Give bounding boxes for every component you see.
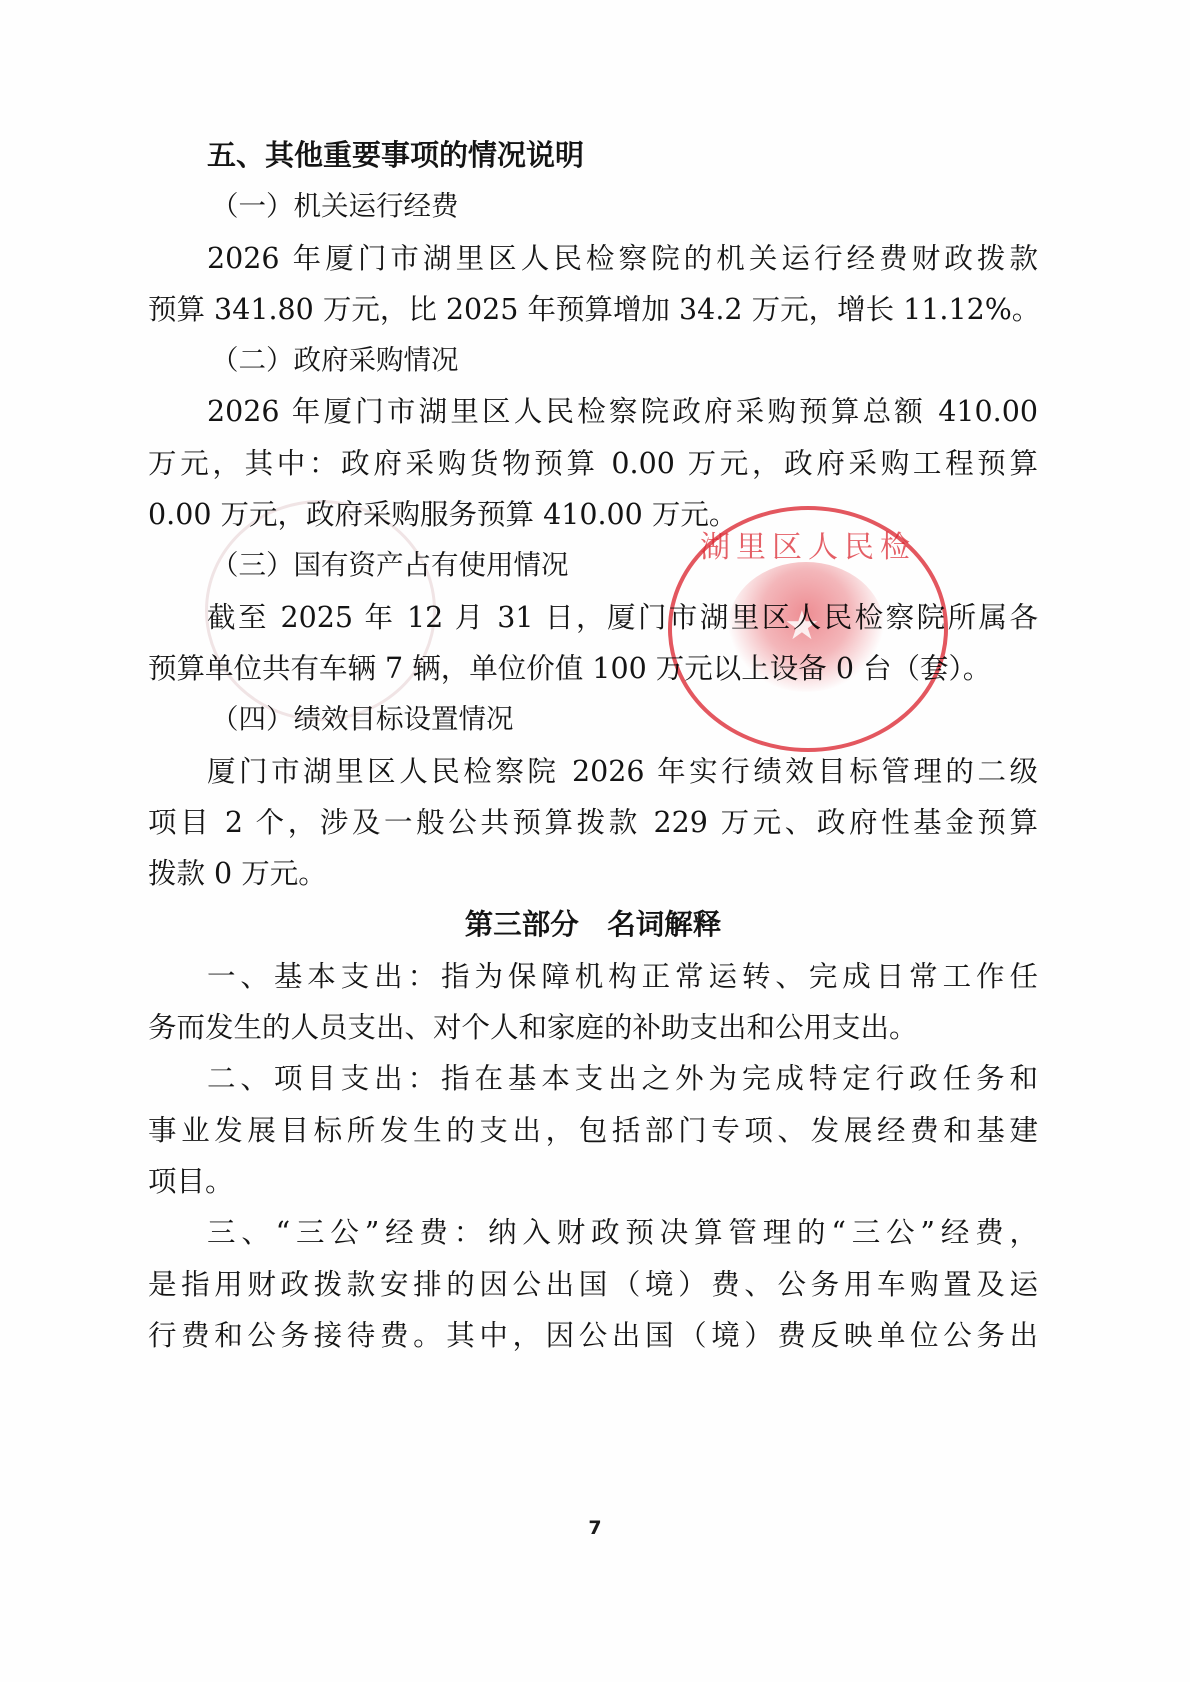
paragraph-line: 二、项目支出：指在基本支出之外为完成特定行政任务和: [148, 1053, 1038, 1104]
part-heading: 第三部分 名词解释: [148, 899, 1038, 950]
paragraph-line: 预算 341.80 万元，比 2025 年预算增加 34.2 万元，增长 11.…: [148, 284, 1038, 335]
paragraph-line: 三、“三公”经费：纳入财政预决算管理的“三公”经费，: [148, 1207, 1038, 1258]
paragraph-line: 0.00 万元，政府采购服务预算 410.00 万元。: [148, 489, 1038, 540]
paragraph-line: 项目 2 个，涉及一般公共预算拨款 229 万元、政府性基金预算: [148, 797, 1038, 848]
subsection-title: （四）绩效目标设置情况: [148, 694, 1038, 745]
paragraph-line: 2026 年厦门市湖里区人民检察院的机关运行经费财政拨款: [148, 233, 1038, 284]
subsection-title: （二）政府采购情况: [148, 335, 1038, 386]
paragraph-line: 项目。: [148, 1156, 1038, 1207]
document-body: 五、其他重要事项的情况说明 （一）机关运行经费 2026 年厦门市湖里区人民检察…: [148, 130, 1038, 1361]
paragraph-line: 2026 年厦门市湖里区人民检察院政府采购预算总额 410.00: [148, 386, 1038, 437]
page-number: 7: [0, 1517, 1190, 1539]
paragraph-line: 一、基本支出：指为保障机构正常运转、完成日常工作任: [148, 951, 1038, 1002]
paragraph-line: 是指用财政拨款安排的因公出国（境）费、公务用车购置及运: [148, 1259, 1038, 1310]
paragraph-line: 行费和公务接待费。其中，因公出国（境）费反映单位公务出: [148, 1310, 1038, 1361]
paragraph-line: 事业发展目标所发生的支出，包括部门专项、发展经费和基建: [148, 1105, 1038, 1156]
section-heading: 五、其他重要事项的情况说明: [148, 130, 1038, 181]
paragraph-line: 务而发生的人员支出、对个人和家庭的补助支出和公用支出。: [148, 1002, 1038, 1053]
subsection-title: （一）机关运行经费: [148, 181, 1038, 232]
document-page: 五、其他重要事项的情况说明 （一）机关运行经费 2026 年厦门市湖里区人民检察…: [0, 0, 1190, 1682]
paragraph-line: 万元，其中：政府采购货物预算 0.00 万元，政府采购工程预算: [148, 438, 1038, 489]
paragraph-line: 截至 2025 年 12 月 31 日，厦门市湖里区人民检察院所属各: [148, 592, 1038, 643]
subsection-title: （三）国有资产占有使用情况: [148, 540, 1038, 591]
paragraph-line: 拨款 0 万元。: [148, 848, 1038, 899]
paragraph-line: 预算单位共有车辆 7 辆，单位价值 100 万元以上设备 0 台（套）。: [148, 643, 1038, 694]
paragraph-line: 厦门市湖里区人民检察院 2026 年实行绩效目标管理的二级: [148, 746, 1038, 797]
